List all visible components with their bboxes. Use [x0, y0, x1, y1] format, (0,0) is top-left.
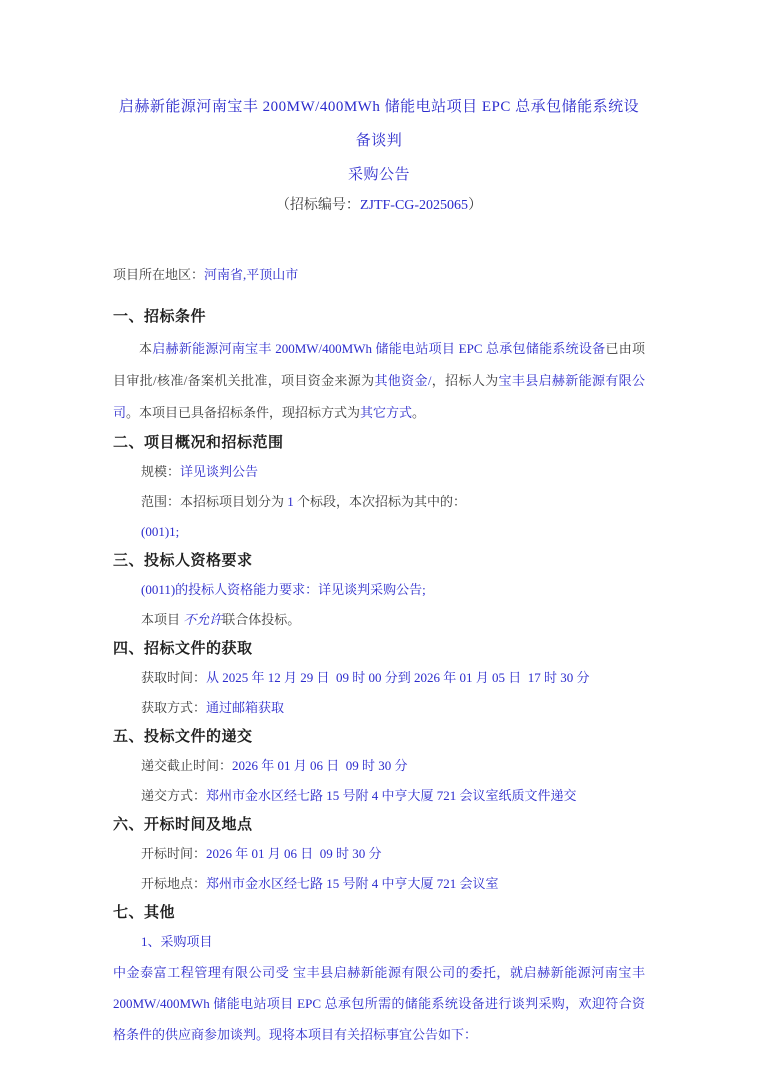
opening-time-label: 开标时间：	[141, 846, 206, 861]
submission-deadline-line: 递交截止时间：2026 年 01 月 06 日 09 时 30 分	[113, 751, 645, 781]
document-title-line1: 启赫新能源河南宝丰 200MW/400MWh 储能电站项目 EPC 总承包储能系…	[113, 90, 645, 158]
text-run: 范围：本招标项目划分为	[141, 494, 287, 509]
opening-time-value: 2026 年 01 月 06 日 09 时 30 分	[206, 846, 382, 861]
tender-number-open-paren: （招标编号：	[276, 198, 360, 213]
submission-deadline-label: 递交截止时间：	[141, 758, 232, 773]
project-region-label: 项目所在地区：	[113, 267, 204, 282]
qualification-requirement: (0011)的投标人资格能力要求：详见谈判采购公告;	[141, 582, 426, 597]
obtain-time-line: 获取时间：从 2025 年 12 月 29 日 09 时 00 分到 2026 …	[113, 663, 645, 693]
obtain-method-value: 通过邮箱获取	[206, 700, 284, 715]
scale-value: 详见谈判公告	[180, 464, 258, 479]
tender-method-link: 其它方式	[360, 405, 412, 420]
procurement-item-label: 1、采购项目	[141, 934, 213, 949]
text-run: 。本项目已具备招标条件，现招标方式为	[126, 405, 360, 420]
section-1-heading: 一、招标条件	[113, 303, 645, 331]
agency-commission-text: 中金泰富工程管理有限公司受 宝丰县启赫新能源有限公司的委托，就启赫新能源河南宝丰…	[113, 965, 648, 1042]
joint-venture-line: 本项目 不允许联合体投标。	[113, 605, 645, 635]
section-1-paragraph: 本启赫新能源河南宝丰 200MW/400MWh 储能电站项目 EPC 总承包储能…	[113, 333, 645, 429]
obtain-method-line: 获取方式：通过邮箱获取	[113, 693, 645, 723]
section-3-heading: 三、投标人资格要求	[113, 547, 645, 575]
text-run: 个标段，本次招标为其中的：	[294, 494, 466, 509]
tender-announcement-document: 启赫新能源河南宝丰 200MW/400MWh 储能电站项目 EPC 总承包储能系…	[0, 0, 757, 1074]
section-6-heading: 六、开标时间及地点	[113, 811, 645, 839]
funding-source-link: 其他资金/	[374, 373, 431, 388]
jv-not-allowed-value: 不允许	[183, 612, 222, 627]
section-2-heading: 二、项目概况和招标范围	[113, 429, 645, 457]
scale-line: 规模：详见谈判公告	[113, 457, 645, 487]
section-5-heading: 五、投标文件的递交	[113, 723, 645, 751]
lot-number-value: (001)1;	[141, 524, 179, 539]
submission-method-line: 递交方式：郑州市金水区经七路 15 号附 4 中亨大厦 721 会议室纸质文件递…	[113, 781, 645, 811]
project-region-line: 项目所在地区：河南省,平顶山市	[113, 260, 645, 290]
text-run: 本	[139, 341, 152, 356]
opening-time-line: 开标时间：2026 年 01 月 06 日 09 时 30 分	[113, 839, 645, 869]
tender-number-close-paren: ）	[468, 198, 482, 213]
submission-method-value: 郑州市金水区经七路 15 号附 4 中亨大厦 721 会议室纸质文件递交	[206, 788, 577, 803]
scope-line: 范围：本招标项目划分为 1 个标段，本次招标为其中的：	[113, 487, 645, 517]
obtain-time-label: 获取时间：	[141, 670, 206, 685]
qualification-line: (0011)的投标人资格能力要求：详见谈判采购公告;	[113, 575, 645, 605]
text-run: ，招标人为	[431, 373, 498, 388]
project-name-link: 启赫新能源河南宝丰 200MW/400MWh 储能电站项目 EPC 总承包储能系…	[152, 341, 605, 356]
obtain-method-label: 获取方式：	[141, 700, 206, 715]
submission-deadline-value: 2026 年 01 月 06 日 09 时 30 分	[232, 758, 408, 773]
text-run: 联合体投标。	[222, 612, 300, 627]
procurement-item-subheading: 1、采购项目	[113, 927, 645, 957]
opening-place-value: 郑州市金水区经七路 15 号附 4 中亨大厦 721 会议室	[206, 876, 499, 891]
section-7-heading: 七、其他	[113, 899, 645, 927]
tender-number-value: ZJTF-CG-2025065	[360, 198, 468, 213]
submission-method-label: 递交方式：	[141, 788, 206, 803]
section-4-heading: 四、招标文件的获取	[113, 635, 645, 663]
section-7-paragraph: 中金泰富工程管理有限公司受 宝丰县启赫新能源有限公司的委托，就启赫新能源河南宝丰…	[113, 957, 645, 1050]
obtain-time-value: 从 2025 年 12 月 29 日 09 时 00 分到 2026 年 01 …	[206, 670, 590, 685]
text-run: 本项目	[141, 612, 183, 627]
opening-place-line: 开标地点：郑州市金水区经七路 15 号附 4 中亨大厦 721 会议室	[113, 869, 645, 899]
opening-place-label: 开标地点：	[141, 876, 206, 891]
project-region-value: 河南省,平顶山市	[204, 267, 298, 282]
text-run: 。	[412, 405, 425, 420]
tender-number-line: （招标编号：ZJTF-CG-2025065）	[113, 192, 645, 220]
scale-label: 规模：	[141, 464, 180, 479]
lot-line: (001)1;	[113, 517, 645, 547]
document-title-line2: 采购公告	[113, 158, 645, 192]
